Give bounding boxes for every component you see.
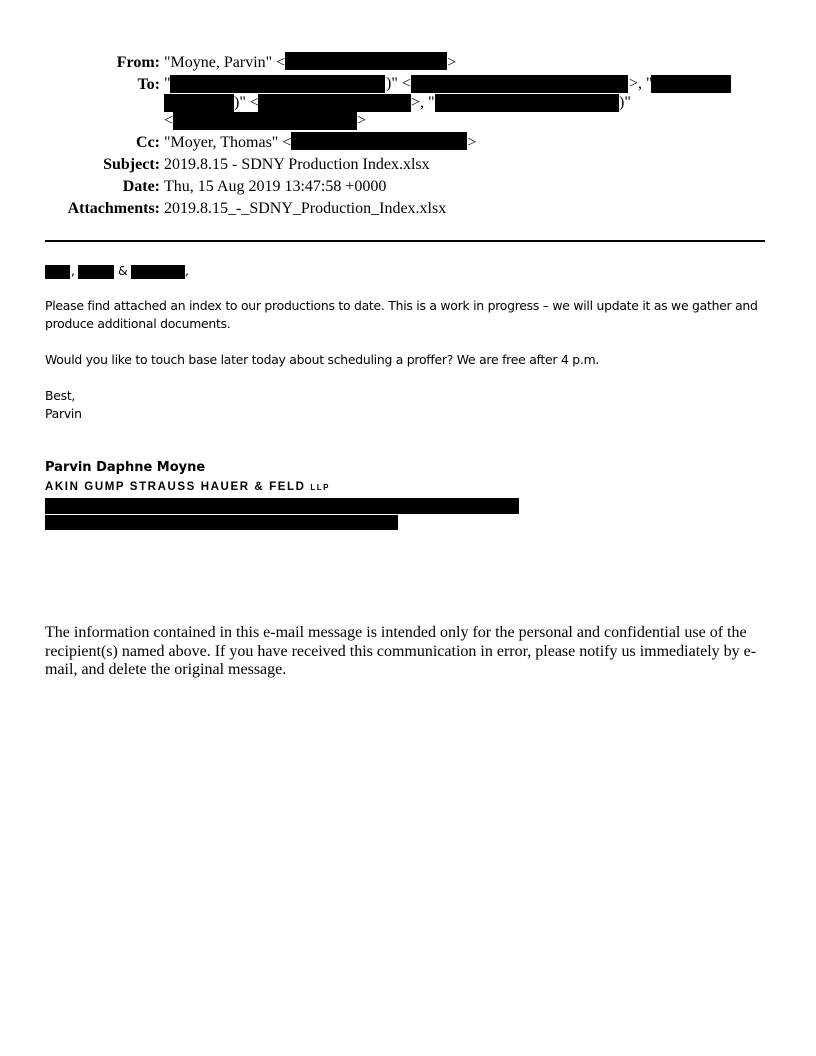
redaction-box [651,75,731,93]
redaction-box [435,94,619,112]
body-paragraph-1-line-1: Please find attached an index to our pro… [45,297,758,315]
redaction-box [411,75,628,93]
signature-name: Parvin Daphne Moyne [45,460,205,475]
redaction-box [45,265,70,279]
redaction-box [78,265,114,279]
closing: Best, [45,387,75,405]
signature-firm: AKIN GUMP STRAUSS HAUER & FELD LLP [45,481,330,493]
header-divider [45,240,765,242]
redaction-box [170,75,385,93]
confidentiality-disclaimer: The information contained in this e-mail… [45,624,767,680]
redaction-box [131,265,185,279]
redaction-box [258,94,411,112]
body-paragraph-1-line-2: produce additional documents. [45,315,231,333]
to-recipients: " )" < >, " )" < >, " )" < > [0,0,816,240]
redaction-box [164,94,234,112]
redaction-box [45,498,519,514]
redaction-box [45,515,398,530]
closing-name: Parvin [45,405,82,423]
redaction-box [173,112,357,130]
body-paragraph-2: Would you like to touch base later today… [45,351,599,369]
